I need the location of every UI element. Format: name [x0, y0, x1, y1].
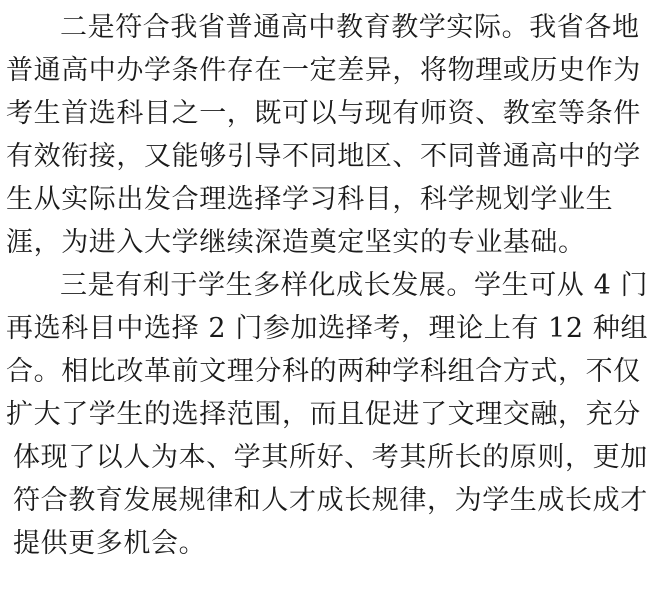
- text-line: 再选科目中选择 2 门参加选择考，理论上有 12 种组: [6, 307, 648, 350]
- text-line: 涯，为进入大学继续深造奠定坚实的专业基础。: [6, 221, 586, 264]
- text-line: 二是符合我省普通高中教育教学实际。我省各地: [60, 6, 640, 49]
- text-line: 体现了以人为本、学其所好、考其所长的原则，更加: [13, 436, 648, 479]
- text-line: 生从实际出发合理选择学习科目，科学规划学业生: [6, 178, 613, 221]
- text-line: 合。相比改革前文理分科的两种学科组合方式，不仅: [6, 350, 641, 393]
- text-line: 扩大了学生的选择范围，而且促进了文理交融，充分: [6, 393, 641, 436]
- text-line: 提供更多机会。: [13, 522, 206, 565]
- document-page: 二是符合我省普通高中教育教学实际。我省各地 普通高中办学条件存在一定差异，将物理…: [0, 0, 660, 596]
- text-line: 符合教育发展规律和人才成长规律，为学生成长成才: [13, 479, 648, 522]
- text-line: 考生首选科目之一，既可以与现有师资、教室等条件: [6, 92, 641, 135]
- text-line: 有效衔接，又能够引导不同地区、不同普通高中的学: [6, 135, 641, 178]
- text-line: 三是有利于学生多样化成长发展。学生可从 4 门: [60, 264, 648, 307]
- text-line: 普通高中办学条件存在一定差异，将物理或历史作为: [6, 49, 641, 92]
